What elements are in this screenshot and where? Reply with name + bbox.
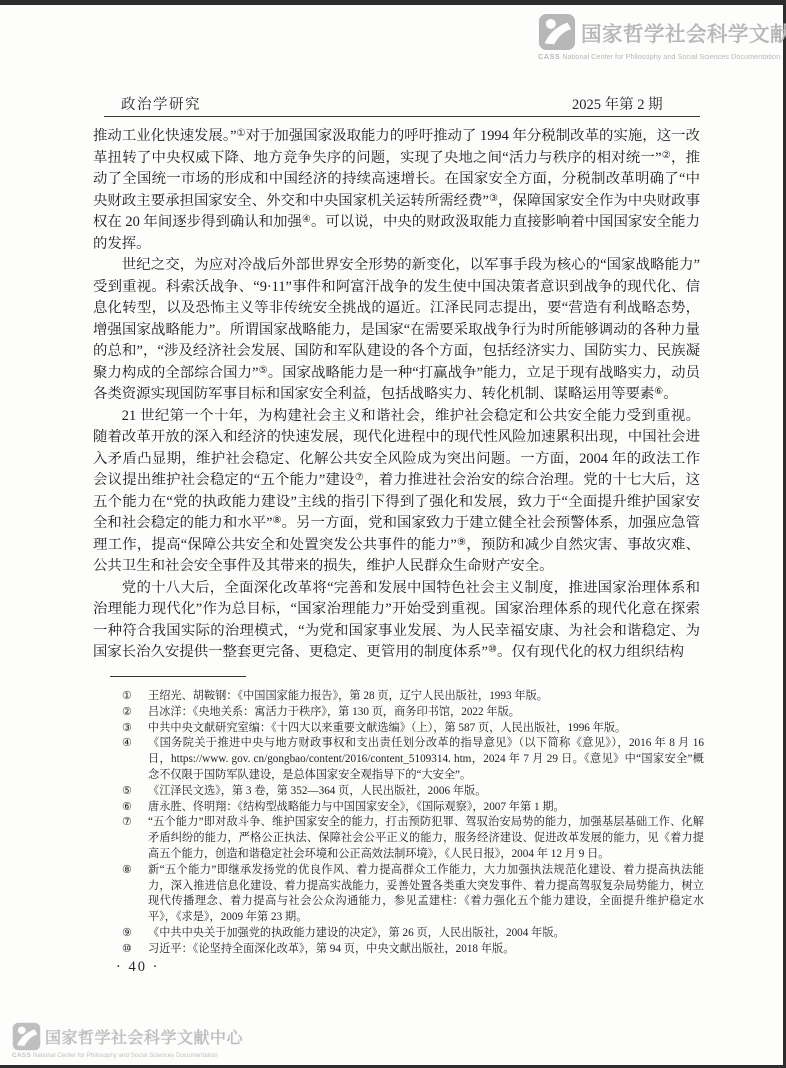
footnote-item: ⑩习近平：《论坚持全面深化改革》，第 94 页，中央文献出版社，2018 年版。 bbox=[122, 942, 704, 958]
footnote-text: 新“五个能力”即继承发扬党的优良作风、着力提高群众工作能力，大力加强执法规范化建… bbox=[148, 864, 704, 923]
footnote-rule bbox=[110, 676, 246, 677]
footnote-item: ⑨《中共中央关于加强党的执政能力建设的决定》，第 26 页，人民出版社，2004… bbox=[122, 926, 704, 942]
footnote-item: ⑦“五个能力”即对敌斗争、维护国家安全的能力，打击预防犯罪、驾驭治安局势的能力，… bbox=[122, 815, 704, 862]
cass-logo-icon bbox=[538, 13, 576, 51]
cass-watermark-top: 国家哲学社会科学文献中心 CASS National Center for Ph… bbox=[538, 13, 786, 61]
footnote-number: ④ bbox=[122, 736, 132, 752]
footnote-item: ②吕冰洋：《央地关系：寓活力于秩序》，第 130 页，商务印书馆，2022 年版… bbox=[122, 705, 704, 721]
footnote-text: 王绍光、胡鞍钢：《中国国家能力报告》，第 28 页，辽宁人民出版社，1993 年… bbox=[148, 690, 548, 702]
footnote-item: ⑥唐永胜、佟明翔：《结构型战略能力与中国国家安全》，《国际观察》，2007 年第… bbox=[122, 800, 704, 816]
watermark-name-cn: 国家哲学社会科学文献中心 bbox=[581, 17, 786, 47]
paragraph: 世纪之交，为应对冷战后外部世界安全形势的新变化，以军事手段为核心的“国家战略能力… bbox=[93, 255, 700, 406]
paragraph: 21 世纪第一个十年，为构建社会主义和谐社会，维护社会稳定和公共安全能力受到重视… bbox=[93, 406, 700, 578]
footnote-number: ⑨ bbox=[122, 926, 132, 942]
footnote-text: 习近平：《论坚持全面深化改革》，第 94 页，中央文献出版社，2018 年版。 bbox=[148, 943, 514, 955]
footnote-number: ⑤ bbox=[122, 784, 132, 800]
footnote-text: 《国务院关于推进中央与地方财政事权和支出责任划分改革的指导意见》（以下简称《意见… bbox=[148, 737, 704, 781]
watermark-abbr: CASS bbox=[538, 52, 560, 61]
watermark-en-text: National Center for Philosophy and Socia… bbox=[562, 52, 780, 61]
page-number: · 40 · bbox=[116, 959, 159, 976]
cass-logo-icon bbox=[12, 1022, 41, 1051]
footnote-item: ①王绍光、胡鞍钢：《中国国家能力报告》，第 28 页，辽宁人民出版社，1993 … bbox=[122, 689, 704, 705]
footnote-number: ① bbox=[122, 689, 132, 705]
footnote-number: ② bbox=[122, 705, 132, 721]
footnote-text: “五个能力”即对敌斗争、维护国家安全的能力，打击预防犯罪、驾驭治安局势的能力，加… bbox=[148, 816, 704, 860]
journal-title: 政治学研究 bbox=[121, 93, 201, 114]
footnote-text: 中共中央文献研究室编：《十四大以来重要文献选编》（上），第 587 页，人民出版… bbox=[148, 722, 626, 734]
footnote-number: ⑦ bbox=[122, 815, 132, 831]
footnote-text: 唐永胜、佟明翔：《结构型战略能力与中国国家安全》，《国际观察》，2007 年第 … bbox=[148, 801, 565, 813]
footnote-item: ③中共中央文献研究室编：《十四大以来重要文献选编》（上），第 587 页，人民出… bbox=[122, 721, 704, 737]
watermark-name-en: CASS National Center for Philosophy and … bbox=[12, 1052, 243, 1059]
footnote-text: 《江泽民文选》，第 3 卷，第 352—364 页，人民出版社，2006 年版。 bbox=[148, 785, 486, 797]
watermark-row: 国家哲学社会科学文献中心 bbox=[12, 1022, 243, 1051]
watermark-en-text: National Center for Philosophy and Socia… bbox=[33, 1052, 218, 1059]
footnote-item: ⑧新“五个能力”即继承发扬党的优良作风、着力提高群众工作能力，大力加强执法规范化… bbox=[122, 863, 704, 926]
journal-scan-page: 国家哲学社会科学文献中心 CASS National Center for Ph… bbox=[0, 0, 786, 1068]
cass-watermark-bottom: 国家哲学社会科学文献中心 CASS National Center for Ph… bbox=[12, 1022, 243, 1059]
footnote-number: ⑧ bbox=[122, 863, 132, 879]
footnote-number: ⑩ bbox=[122, 942, 132, 958]
article-body: 推动工业化快速发展。”①对于加强国家汲取能力的呼吁推动了 1994 年分税制改革… bbox=[93, 126, 700, 676]
issue-label: 2025 年第 2 期 bbox=[572, 93, 663, 114]
footnote-item: ④《国务院关于推进中央与地方财政事权和支出责任划分改革的指导意见》（以下简称《意… bbox=[122, 736, 704, 783]
watermark-name-en: CASS National Center for Philosophy and … bbox=[538, 52, 786, 61]
footnote-text: 《中共中央关于加强党的执政能力建设的决定》，第 26 页，人民出版社，2004 … bbox=[148, 927, 565, 939]
watermark-abbr: CASS bbox=[12, 1052, 31, 1059]
watermark-row: 国家哲学社会科学文献中心 bbox=[538, 13, 786, 51]
header-rule bbox=[104, 116, 700, 117]
paragraph: 推动工业化快速发展。”①对于加强国家汲取能力的呼吁推动了 1994 年分税制改革… bbox=[93, 126, 700, 255]
footnote-item: ⑤《江泽民文选》，第 3 卷，第 352—364 页，人民出版社，2006 年版… bbox=[122, 784, 704, 800]
footnote-number: ⑥ bbox=[122, 800, 132, 816]
scan-border-top bbox=[0, 0, 786, 5]
footnote-number: ③ bbox=[122, 721, 132, 737]
paragraph: 党的十八大后，全面深化改革将“完善和发展中国特色社会主义制度，推进国家治理体系和… bbox=[93, 578, 700, 664]
footnote-text: 吕冰洋：《央地关系：寓活力于秩序》，第 130 页，商务印书馆，2022 年版。 bbox=[148, 706, 520, 718]
watermark-name-cn: 国家哲学社会科学文献中心 bbox=[45, 1025, 243, 1048]
footnote-list: ①王绍光、胡鞍钢：《中国国家能力报告》，第 28 页，辽宁人民出版社，1993 … bbox=[122, 689, 704, 958]
